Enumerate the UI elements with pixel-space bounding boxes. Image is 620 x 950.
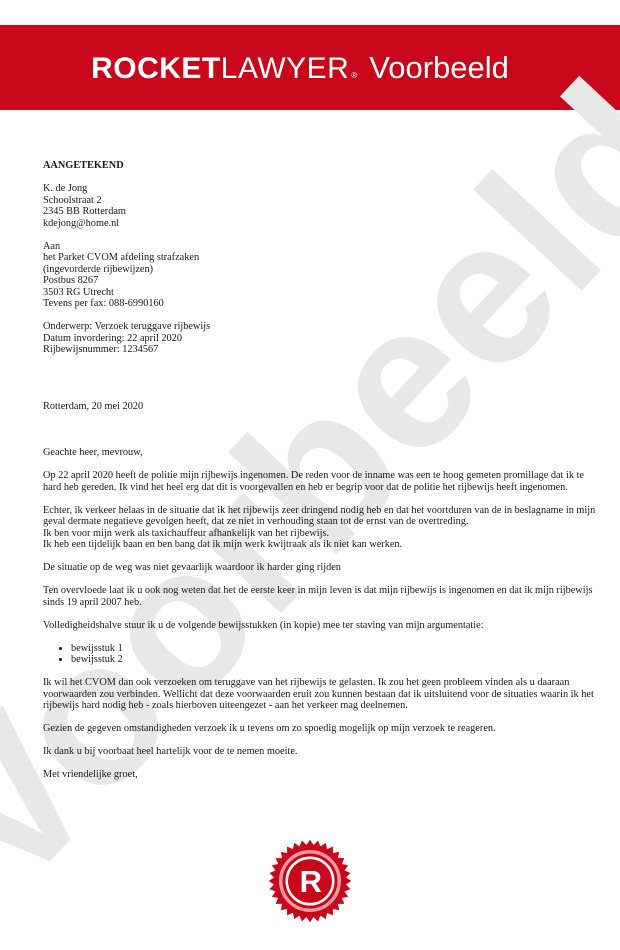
paragraph: Op 22 april 2020 heeft de politie mijn r… — [43, 470, 603, 493]
paragraph: Ten overvloede laat ik u ook nog weten d… — [43, 585, 603, 608]
place-date: Rotterdam, 20 mei 2020 — [43, 401, 603, 413]
brand-logo: ROCKET LAWYER ® Voorbeeld — [91, 50, 509, 86]
paragraph-line: Echter, ik verkeer helaas in de situatie… — [43, 505, 603, 528]
paragraph: Gezien de gegeven omstandigheden verzoek… — [43, 723, 603, 735]
recipient-address: Aan het Parket CVOM afdeling strafzaken … — [43, 241, 603, 310]
paragraph: Ik dank u bij voorbaat heel hartelijk vo… — [43, 746, 603, 758]
recipient-line: het Parket CVOM afdeling strafzaken — [43, 252, 603, 264]
recipient-line: Aan — [43, 241, 603, 253]
sender-name: K. de Jong — [43, 183, 603, 195]
sender-email: kdejong@home.nl — [43, 218, 603, 230]
rocket-lawyer-seal-icon: R — [267, 838, 353, 924]
collection-date: Datum invordering: 22 april 2020 — [43, 333, 603, 345]
salutation: Geachte heer, mevrouw, — [43, 447, 603, 459]
letter-body: AANGETEKEND K. de Jong Schoolstraat 2 23… — [43, 160, 603, 792]
paragraph-line: Ik heb een tijdelijk baan en ben bang da… — [43, 539, 603, 551]
subject-block: Onderwerp: Verzoek teruggave rijbewijs D… — [43, 321, 603, 356]
recipient-line: Tevens per fax: 088-6990160 — [43, 298, 603, 310]
sender-street: Schoolstraat 2 — [43, 195, 603, 207]
recipient-line: Postbus 8267 — [43, 275, 603, 287]
seal-letter: R — [300, 864, 322, 899]
sender-city: 2345 BB Rotterdam — [43, 206, 603, 218]
header-label: Voorbeeld — [369, 50, 509, 86]
paragraph: Echter, ik verkeer helaas in de situatie… — [43, 505, 603, 551]
sender-address: K. de Jong Schoolstraat 2 2345 BB Rotter… — [43, 183, 603, 229]
paragraph: De situatie op de weg was niet gevaarlij… — [43, 562, 603, 574]
license-number: Rijbewijsnummer: 1234567 — [43, 344, 603, 356]
closing: Met vriendelijke groet, — [43, 769, 603, 781]
attachment-item: bewijsstuk 2 — [71, 654, 603, 666]
registered-mark: ® — [351, 71, 357, 80]
paragraph: Volledigheidshalve stuur ik u de volgend… — [43, 620, 603, 632]
brand-rocket: ROCKET — [91, 52, 221, 86]
paragraph: Ik wil het CVOM dan ook verzoeken om ter… — [43, 677, 603, 712]
letter-heading: AANGETEKEND — [43, 160, 603, 172]
recipient-line: 3503 RG Utrecht — [43, 287, 603, 299]
attachment-item: bewijsstuk 1 — [71, 643, 603, 655]
attachment-list: bewijsstuk 1 bewijsstuk 2 — [43, 643, 603, 666]
paragraph-line: Ik ben voor mijn werk als taxichauffeur … — [43, 528, 603, 540]
subject-line: Onderwerp: Verzoek teruggave rijbewijs — [43, 321, 603, 333]
brand-lawyer: LAWYER — [221, 52, 350, 86]
recipient-line: (ingevorderde rijbewijzen) — [43, 264, 603, 276]
